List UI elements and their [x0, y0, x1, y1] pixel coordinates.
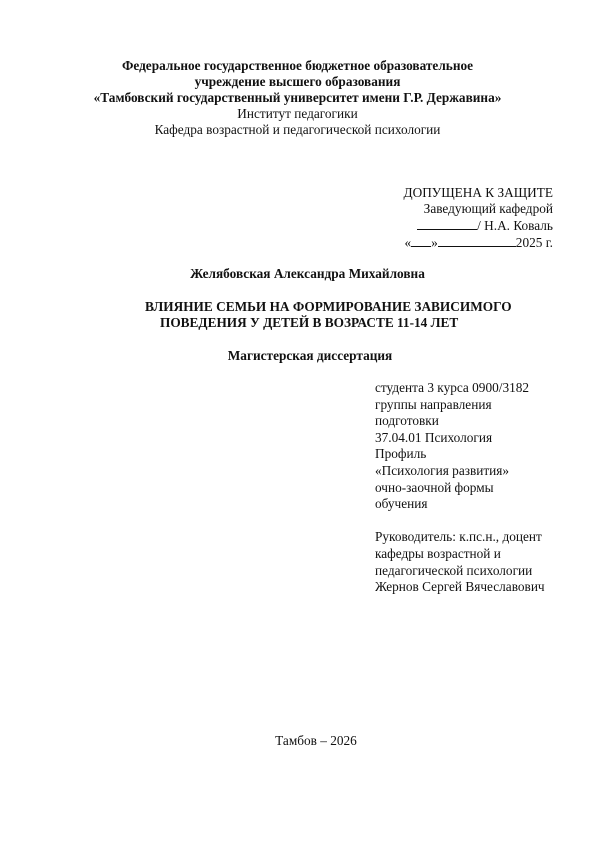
university-name: «Тамбовский государственный университет …: [0, 90, 595, 106]
supervisor-info-line: Жернов Сергей Вячеславович: [375, 579, 545, 596]
student-info-line: очно-заочной формы: [375, 480, 545, 497]
supervisor-info-line: педагогической психологии: [375, 563, 545, 580]
header-line-2: учреждение высшего образования: [0, 74, 595, 90]
supervisor-info-line: Руководитель: к.пс.н., доцент: [375, 529, 545, 546]
signature-blank: [417, 217, 477, 230]
day-blank: [411, 234, 431, 247]
thesis-title-line-1: ВЛИЯНИЕ СЕМЬИ НА ФОРМИРОВАНИЕ ЗАВИСИМОГО: [145, 299, 512, 315]
approval-title: ДОПУЩЕНА К ЗАЩИТЕ: [404, 185, 553, 201]
author-name: Желябовская Александра Михайловна: [0, 266, 595, 282]
approval-date-line: «»2025 г.: [404, 234, 553, 251]
date-open-quote: «: [404, 235, 411, 250]
date-close-quote: »: [431, 235, 438, 250]
month-blank: [438, 234, 516, 247]
student-info-line: группы направления: [375, 397, 545, 414]
institute-name: Институт педагогики: [0, 106, 595, 122]
approval-position: Заведующий кафедрой: [404, 201, 553, 217]
student-info-line: 37.04.01 Психология: [375, 430, 545, 447]
spacer: [375, 513, 545, 530]
department-name: Кафедра возрастной и педагогической псих…: [0, 122, 595, 138]
header-line-1: Федеральное государственное бюджетное об…: [0, 58, 595, 74]
approval-year: 2025 г.: [516, 235, 553, 250]
student-info-line: подготовки: [375, 413, 545, 430]
city-year-footer: Тамбов – 2026: [0, 733, 595, 749]
student-info-line: «Психология развития»: [375, 463, 545, 480]
work-type: Магистерская диссертация: [0, 348, 595, 364]
signature-line: / Н.А. Коваль: [404, 217, 553, 234]
student-info-line: Профиль: [375, 446, 545, 463]
approval-block: ДОПУЩЕНА К ЗАЩИТЕ Заведующий кафедрой / …: [404, 185, 553, 251]
student-info-line: обучения: [375, 496, 545, 513]
student-info-line: студента 3 курса 0900/3182: [375, 380, 545, 397]
thesis-title-line-2: ПОВЕДЕНИЯ У ДЕТЕЙ В ВОЗРАСТЕ 11-14 ЛЕТ: [160, 315, 458, 331]
student-info-block: студента 3 курса 0900/3182 группы направ…: [375, 380, 545, 596]
supervisor-info-line: кафедры возрастной и: [375, 546, 545, 563]
signature-name: / Н.А. Коваль: [477, 218, 553, 233]
